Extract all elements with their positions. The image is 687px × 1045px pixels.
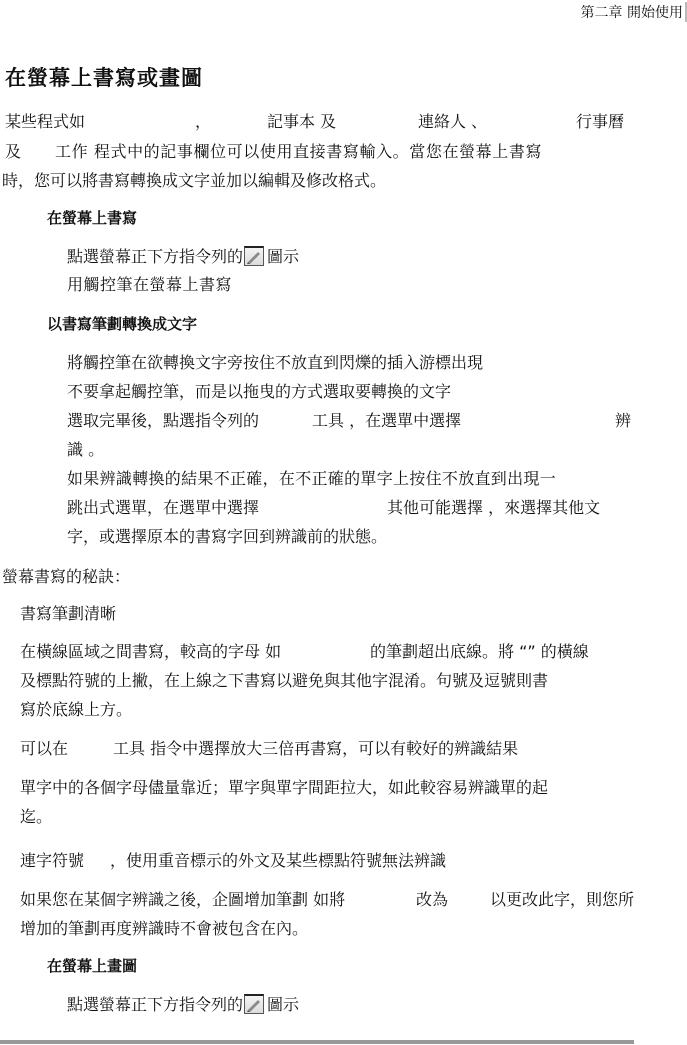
pen-icon[interactable] — [244, 994, 264, 1014]
intro-text: ， — [195, 112, 211, 132]
tip-text: 以更改此字，則您所 — [490, 890, 634, 910]
convert-text: 跳出式選單，在選單中選擇 — [67, 498, 259, 518]
tip-text: 如果您在某個字辨識之後，企圖增加筆劃 如將 — [20, 890, 345, 910]
convert-text: 選取完畢後，點選指令列的 — [67, 411, 259, 431]
tip-item-cont: 寫於底線上方。 — [20, 700, 132, 720]
tip-text: ，使用重音標示的外文及某些標點符號無法辨識 — [110, 851, 446, 871]
pen-icon[interactable] — [244, 246, 264, 266]
tip-item: 在橫線區域之間書寫，較高的字母 如 的筆劃超出底線。將 “” 的橫線 — [20, 642, 685, 662]
convert-line: 如果辨識轉換的結果不正確，在不正確的單字上按住不放直到出現一 — [67, 469, 556, 489]
convert-text: 其他可能選擇 ，來選擇其他文 — [387, 498, 600, 518]
tip-text: 連字符號 — [20, 851, 84, 871]
step-tap-pen-icon: 點選螢幕正下方指令列的圖示 — [67, 246, 299, 267]
step-write: 用觸控筆在螢幕上書寫 — [67, 275, 232, 295]
convert-line: 字，或選擇原本的書寫字回到辨識前的狀態。 — [67, 527, 387, 547]
intro-text: 連絡人 、 — [418, 112, 487, 132]
running-header: 第二章 開始使用 — [581, 4, 683, 22]
step-tap-pen-icon: 點選螢幕正下方指令列的圖示 — [67, 994, 299, 1015]
tip-item: 連字符號 ，使用重音標示的外文及某些標點符號無法辨識 — [20, 851, 685, 871]
page-title: 在螢幕上書寫或畫圖 — [5, 64, 203, 92]
intro-text: 行事曆 — [576, 112, 624, 132]
convert-line: 跳出式選單，在選單中選擇 其他可能選擇 ，來選擇其他文 — [67, 498, 687, 518]
tip-text: 改為 — [416, 890, 448, 910]
section-heading-write: 在螢幕上書寫 — [47, 208, 137, 228]
section-heading-draw: 在螢幕上畫圖 — [47, 956, 137, 976]
tip-text: 在橫線區域之間書寫，較高的字母 如 — [20, 642, 281, 662]
tip-text: 工具 指令中選擇放大三倍再書寫，可以有較好的辨識結果 — [113, 739, 518, 759]
tips-heading: 螢幕書寫的秘訣： — [2, 567, 130, 587]
tip-item: 如果您在某個字辨識之後，企圖增加筆劃 如將 改為 以更改此字，則您所 — [20, 890, 685, 910]
step-text: 點選螢幕正下方指令列的 — [67, 995, 243, 1014]
intro-line-2: 及 工作 程式中的記事欄位可以使用直接書寫輸入。當您在螢幕上書寫 — [5, 142, 685, 162]
intro-text: 工作 程式中的記事欄位可以使用直接書寫輸入。當您在螢幕上書寫 — [55, 142, 542, 162]
tip-item-cont: 增加的筆劃再度辨識時不會被包含在內。 — [20, 919, 308, 939]
intro-text: 及 — [5, 142, 21, 162]
convert-text: 工具 ，在選單中選擇 — [312, 411, 461, 431]
intro-text: 某些程式如 — [5, 112, 85, 132]
intro-line-1: 某些程式如 ， 記事本 及 連絡人 、 行事曆 — [5, 112, 685, 132]
footer-divider — [0, 1040, 634, 1044]
step-text: 圖示 — [267, 995, 299, 1014]
convert-text: 辨 — [615, 411, 631, 431]
intro-text: 記事本 及 — [267, 112, 336, 132]
tip-item: 單字中的各個字母儘量靠近；單字與單字間距拉大，如此較容易辨識單的起 — [20, 778, 548, 798]
convert-line: 選取完畢後，點選指令列的 工具 ，在選單中選擇 辨 — [67, 411, 687, 431]
tip-item-cont: 迄。 — [20, 807, 52, 827]
tip-item: 可以在 工具 指令中選擇放大三倍再書寫，可以有較好的辨識結果 — [20, 739, 685, 759]
section-heading-convert: 以書寫筆劃轉換成文字 — [47, 314, 197, 334]
step-text: 點選螢幕正下方指令列的 — [67, 247, 243, 266]
tip-item-cont: 及標點符號的上撇，在上線之下書寫以避免與其他字混淆。句號及逗號則書 — [20, 671, 548, 691]
convert-line: 不要拿起觸控筆，而是以拖曳的方式選取要轉換的文字 — [67, 382, 451, 402]
convert-line: 將觸控筆在欲轉換文字旁按住不放直到閃爍的插入游標出現 — [67, 353, 483, 373]
step-text: 圖示 — [267, 247, 299, 266]
intro-line-3: 時，您可以將書寫轉換成文字並加以編輯及修改格式。 — [2, 171, 386, 191]
tip-text: 可以在 — [20, 739, 68, 759]
convert-line: 識 。 — [67, 440, 104, 460]
tip-text: 的筆劃超出底線。將 “” 的橫線 — [370, 642, 589, 662]
tip-item: 書寫筆劃清晰 — [20, 604, 116, 624]
